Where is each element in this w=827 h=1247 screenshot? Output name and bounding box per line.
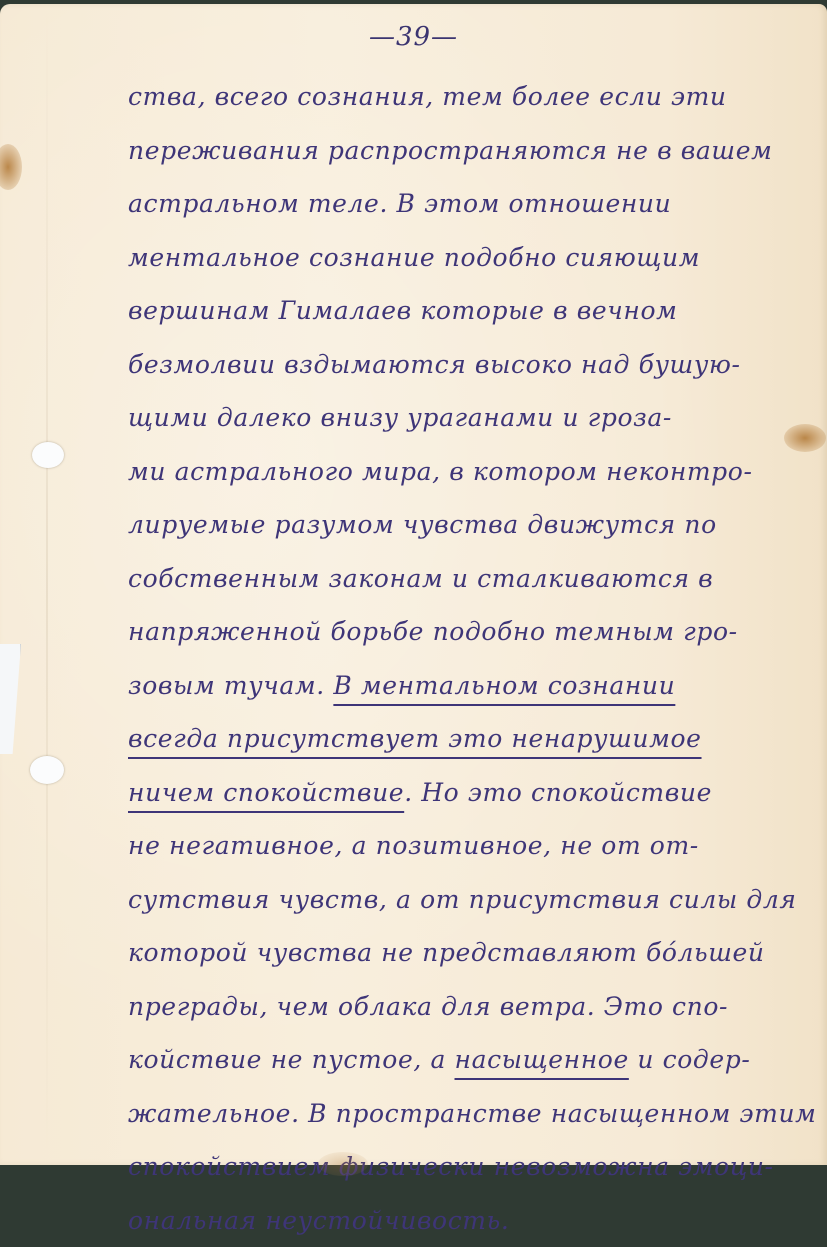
line-text: которой чувства не представляют бóльшей: [128, 938, 765, 967]
line-text: безмолвии вздымаются высоко над бушую-: [128, 350, 741, 379]
text-line: щими далеко внизу ураганами и гроза-: [128, 391, 808, 445]
text-line: сутствия чувств, а от присутствия силы д…: [128, 873, 808, 927]
text-line: лируемые разумом чувства движутся по: [128, 498, 808, 552]
line-text: вершинам Гималаев которые в вечном: [128, 296, 677, 325]
text-line: ничем спокойствие. Но это спокойствие: [128, 766, 808, 820]
line-text: ства, всего сознания, тем более если эти: [128, 82, 727, 111]
text-line: ства, всего сознания, тем более если эти: [128, 70, 808, 124]
text-line: преграды, чем облака для ветра. Это спо-: [128, 980, 808, 1034]
line-text: переживания распространяются не в вашем: [128, 136, 772, 165]
text-line: астральном теле. В этом отношении: [128, 177, 808, 231]
line-text: лируемые разумом чувства движутся по: [128, 510, 717, 539]
punch-hole-lower: [30, 756, 64, 784]
line-text: щими далеко внизу ураганами и гроза-: [128, 403, 672, 432]
line-text: напряженной борьбе подобно темным гро-: [128, 617, 738, 646]
handwritten-text-body: ства, всего сознания, тем более если эти…: [128, 70, 808, 1165]
text-line: жательное. В пространстве насыщенном эти…: [128, 1087, 808, 1141]
stain-right-edge: [784, 424, 826, 452]
text-line: всегда присутствует это ненарушимое: [128, 712, 808, 766]
text-line: ментальное сознание подобно сияющим: [128, 231, 808, 285]
line-text: спокойствием физически невозможна эмоци-: [128, 1152, 774, 1165]
text-line: зовым тучам. В ментальном сознании: [128, 659, 808, 713]
text-line: не негативное, а позитивное, не от от-: [128, 819, 808, 873]
line-text: жательное. В пространстве насыщенном эти…: [128, 1099, 816, 1128]
punch-hole-upper: [32, 442, 64, 468]
text-line: собственным законам и сталкиваются в: [128, 552, 808, 606]
stain-left-edge: [0, 144, 22, 190]
text-line: ми астрального мира, в котором неконтро-: [128, 445, 808, 499]
underlined-text: ничем спокойствие: [128, 778, 404, 807]
page-number: —39—: [0, 22, 827, 52]
text-line: которой чувства не представляют бóльшей: [128, 926, 808, 980]
line-text: астральном теле. В этом отношении: [128, 189, 671, 218]
text-line: спокойствием физически невозможна эмоци-: [128, 1140, 808, 1165]
line-text: преграды, чем облака для ветра. Это спо-: [128, 992, 728, 1021]
text-line: напряженной борьбе подобно темным гро-: [128, 605, 808, 659]
line-text: собственным законам и сталкиваются в: [128, 564, 713, 593]
page-crease: [46, 4, 48, 1165]
text-line: вершинам Гималаев которые в вечном: [128, 284, 808, 338]
line-text: ментальное сознание подобно сияющим: [128, 243, 700, 272]
underlined-text: В ментальном сознании: [333, 671, 675, 700]
torn-paper-strip: [0, 644, 21, 754]
line-text: . Но это спокойствие: [404, 778, 712, 807]
line-text: не негативное, а позитивное, не от от-: [128, 831, 699, 860]
line-text: и содер-: [629, 1045, 751, 1074]
line-text: зовым тучам.: [128, 671, 333, 700]
line-text: сутствия чувств, а от присутствия силы д…: [128, 885, 797, 914]
line-text: койствие не пустое, а: [128, 1045, 455, 1074]
underlined-text: всегда присутствует это ненарушимое: [128, 724, 702, 753]
manuscript-page: —39— ства, всего сознания, тем более есл…: [0, 4, 827, 1165]
text-line: переживания распространяются не в вашем: [128, 124, 808, 178]
text-line: безмолвии вздымаются высоко над бушую-: [128, 338, 808, 392]
underlined-text: насыщенное: [455, 1045, 629, 1074]
line-text: ми астрального мира, в котором неконтро-: [128, 457, 753, 486]
text-line: койствие не пустое, а насыщенное и содер…: [128, 1033, 808, 1087]
